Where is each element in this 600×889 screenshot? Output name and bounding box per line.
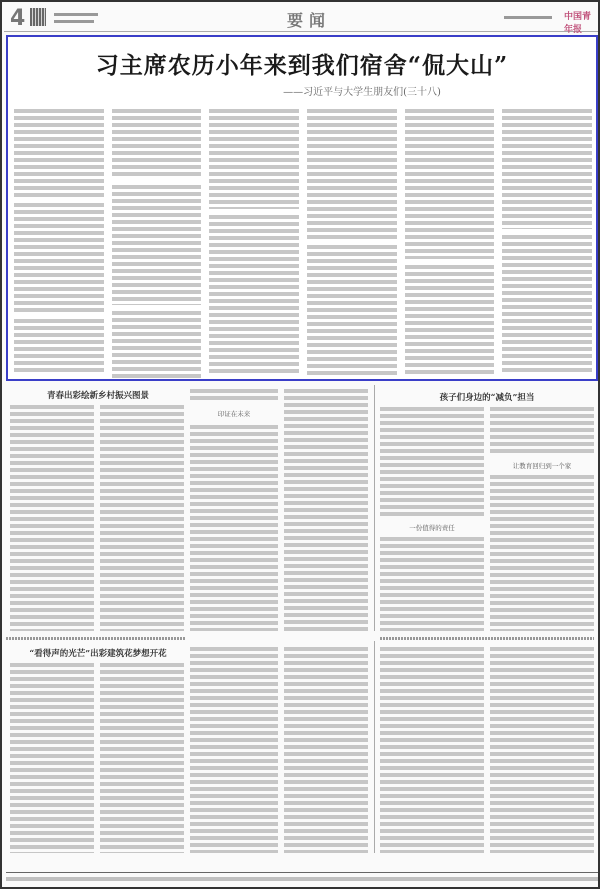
body-column — [405, 109, 495, 377]
section-name: 要闻 — [287, 8, 331, 31]
story-body: 印证在未来 — [190, 389, 278, 631]
body-column — [14, 109, 104, 377]
story-body — [100, 405, 184, 631]
newspaper-page: 4 要闻 中国青年报 习主席农历小年来到我们宿舍“侃大山” ——习近平与大学生朋… — [0, 0, 600, 889]
story-body — [380, 647, 484, 853]
subsection-title: 印证在未来 — [190, 409, 278, 418]
story-body — [284, 389, 368, 631]
story-body — [10, 663, 94, 853]
story-title: 青春出彩绘新乡村振兴图景 — [10, 389, 186, 401]
story-body — [10, 405, 94, 631]
feature-subheadline: ——习近平与大学生朋友们(三十八) — [8, 83, 596, 98]
masthead-meta — [54, 11, 98, 23]
masthead: 4 要闻 中国青年报 — [4, 4, 598, 32]
story-title: “看得声的光芒”出彩建筑花梦想开花 — [10, 647, 186, 659]
lower-section: 青春出彩绘新乡村振兴图景 印证在未来 孩子们身边的“减负”担当 一份值得的责任 … — [6, 385, 598, 855]
section-divider — [380, 637, 594, 640]
page-number: 4 — [10, 6, 25, 31]
story-body — [490, 647, 594, 853]
body-column — [307, 109, 397, 377]
feature-headline: 习主席农历小年来到我们宿舍“侃大山” — [8, 47, 596, 80]
body-column — [502, 109, 592, 377]
body-column — [209, 109, 299, 377]
story-title: 孩子们身边的“减负”担当 — [380, 391, 594, 403]
qr-code-icon — [30, 8, 46, 26]
section-divider — [6, 637, 186, 640]
column-divider — [374, 385, 375, 631]
feature-article: 习主席农历小年来到我们宿舍“侃大山” ——习近平与大学生朋友们(三十八) — [6, 35, 598, 381]
story-body: 一份值得的责任 — [380, 407, 484, 631]
story-body — [284, 647, 368, 853]
subsection-title: 一份值得的责任 — [380, 523, 484, 532]
newspaper-logo: 中国青年报 — [564, 9, 598, 35]
feature-body-columns — [14, 109, 592, 377]
story-body — [100, 663, 184, 853]
page-footer — [6, 872, 598, 886]
story-body: 让教育回归到一个家 — [490, 407, 594, 631]
story-body — [190, 647, 278, 853]
issue-date — [504, 15, 552, 20]
body-column — [112, 109, 202, 377]
column-divider — [374, 641, 375, 853]
subsection-title: 让教育回归到一个家 — [490, 461, 594, 470]
